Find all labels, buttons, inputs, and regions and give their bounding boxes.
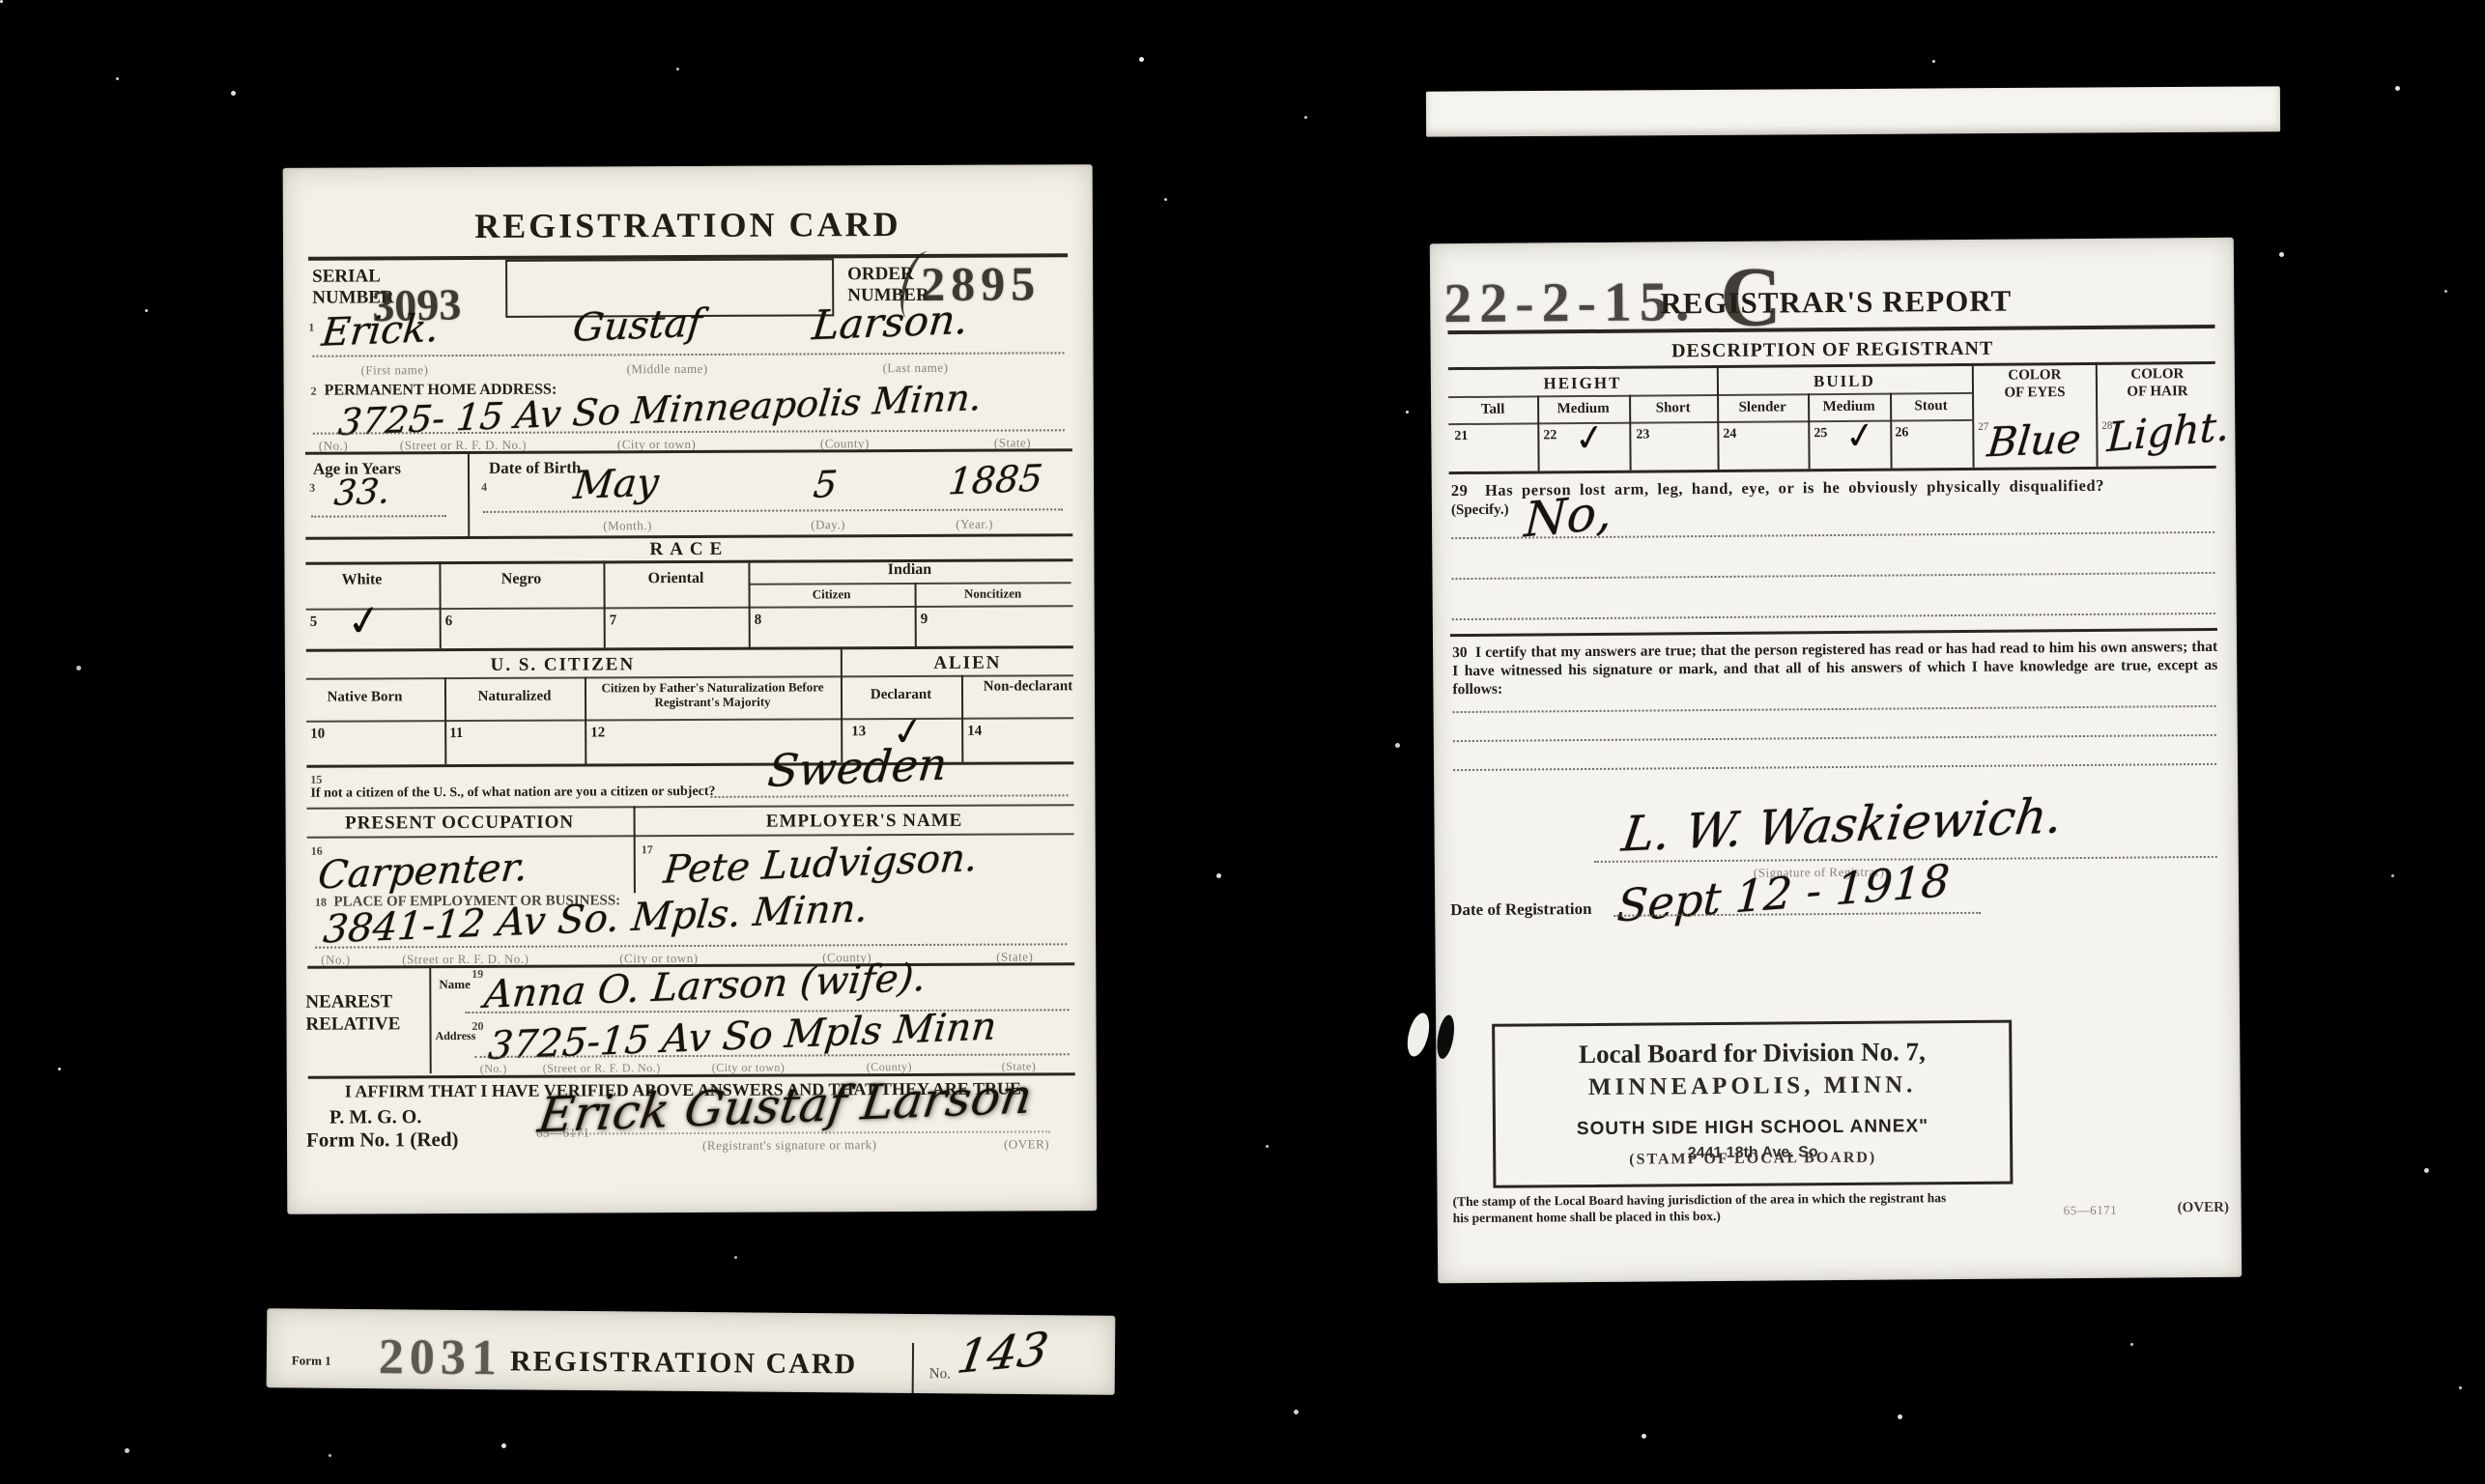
us-citizen-header: U. S. CITIZEN <box>285 653 841 677</box>
build-col-stout: Stout <box>1890 398 1972 415</box>
build-col-slender: Slender <box>1717 399 1808 416</box>
race-col-white: White <box>284 571 439 589</box>
race-white-checkmark: ✓ <box>343 594 386 648</box>
stamp-box-footnote: (The stamp of the Local Board having jur… <box>1453 1190 1960 1226</box>
desc-number-25: 25 <box>1814 426 1827 442</box>
middle-name-sublabel: (Middle name) <box>627 361 708 377</box>
alien-header: ALIEN <box>841 652 1095 674</box>
divider <box>306 717 1073 722</box>
local-board-line2: MINNEAPOLIS, MINN. <box>1496 1071 2010 1102</box>
race-number-6: 6 <box>445 614 453 630</box>
card-title: REGISTRATION CARD <box>283 203 1093 247</box>
registrar-signature: L. W. Waskiewich. <box>1618 787 2066 862</box>
hair-header: COLOR OF HAIR <box>2098 365 2217 401</box>
local-board-stamp-box: Local Board for Division No. 7, MINNEAPO… <box>1492 1020 2013 1188</box>
dob-sublabel-year: (Year.) <box>956 517 993 532</box>
citizen-number-13: 13 <box>851 724 866 740</box>
order-number-label: No. <box>929 1366 951 1383</box>
relative-sublabel-city: (City or town) <box>712 1061 785 1075</box>
dob-sublabel-month: (Month.) <box>603 518 652 533</box>
race-col-oriental: Oriental <box>603 570 748 588</box>
divider <box>1452 613 2215 620</box>
divider <box>1717 392 1972 396</box>
height-col-short: Short <box>1629 400 1717 417</box>
date-of-registration-label: Date of Registration <box>1450 899 1592 920</box>
divider <box>468 451 470 538</box>
height-col-tall: Tall <box>1448 401 1537 418</box>
divider <box>483 508 1063 513</box>
divider <box>634 806 636 893</box>
partial-registration-card: Form 1 2031 REGISTRATION CARD No. 143 <box>267 1308 1116 1395</box>
divider <box>1453 763 2216 771</box>
desc-number-21: 21 <box>1454 429 1468 444</box>
divider <box>306 605 1073 610</box>
divider <box>1448 419 1972 425</box>
divider <box>312 352 1064 357</box>
occupation-value: Carpenter. <box>316 845 529 898</box>
race-number-8: 8 <box>755 613 762 629</box>
form-code: 65—6171 <box>2064 1203 2118 1218</box>
board-number-stamp: 22-2-15. <box>1443 269 1698 335</box>
hair-color-value: Light. <box>2106 402 2231 461</box>
scan-blob <box>1404 1011 1434 1058</box>
divider <box>1453 705 2216 713</box>
field-number-17: 17 <box>642 842 653 857</box>
stamp-of-local-board-label: (STAMP OF LOCAL BOARD) <box>1496 1149 2010 1170</box>
nearest-relative-label: NEAREST RELATIVE <box>305 990 400 1035</box>
over-label: (OVER) <box>1004 1136 1049 1152</box>
dob-label: Date of Birth <box>489 458 581 477</box>
scanned-page: REGISTRATION CARD SERIAL NUMBER 3093 ORD… <box>0 0 2485 1484</box>
divider <box>915 583 917 646</box>
divider <box>961 675 963 762</box>
first-name-value: Erick. <box>320 306 442 356</box>
local-board-line3: SOUTH SIDE HIGH SCHOOL ANNEX" <box>1496 1116 2010 1141</box>
form-org: P. M. G. O. <box>329 1106 421 1128</box>
build-header: BUILD <box>1717 371 1972 392</box>
card-title: REGISTRAR'S REPORT <box>1660 284 2012 322</box>
eyes-header: COLOR OF EYES <box>1974 366 2096 402</box>
ink-blob <box>1435 1013 1457 1060</box>
employer-value: Pete Ludvigson. <box>662 836 980 893</box>
height-medium-checkmark: ✓ <box>1571 414 1608 461</box>
q30-certification: 30 I certify that my answers are true; t… <box>1452 638 2217 699</box>
build-medium-checkmark: ✓ <box>1842 413 1878 459</box>
divider <box>710 794 1068 798</box>
citizen-col-father: Citizen by Father's Naturalization Befor… <box>589 679 836 709</box>
dob-month-value: May <box>572 461 661 508</box>
middle-name-value: Gustaf <box>571 301 704 351</box>
dob-year-value: 1885 <box>947 457 1045 503</box>
divider <box>912 1343 914 1393</box>
divider <box>311 515 446 518</box>
divider <box>585 676 586 763</box>
race-col-indian: Indian <box>748 560 1071 579</box>
local-board-line1: Local Board for Division No. 7, <box>1495 1037 2009 1070</box>
desc-number-22: 22 <box>1543 428 1557 443</box>
divider <box>1448 394 1717 398</box>
field-number-1: 1 <box>308 321 314 335</box>
relative-sublabel-no: (No.) <box>480 1062 507 1076</box>
citizen-col-declarant: Declarant <box>841 687 961 704</box>
serial-number-stamp: 2031 <box>379 1328 503 1386</box>
last-name-sublabel: (Last name) <box>883 360 949 376</box>
divider <box>1452 572 2215 580</box>
divider <box>603 560 605 647</box>
registrant-signature-sublabel: (Registrant's signature or mark) <box>702 1137 877 1154</box>
q29-specify-label: (Specify.) <box>1451 502 1509 519</box>
divider <box>749 582 1071 585</box>
field-number-4: 4 <box>481 480 487 495</box>
field-number-19: 19 <box>471 967 483 982</box>
nation-question: If not a citizen of the U. S., of what n… <box>310 785 715 802</box>
scan-noise <box>0 0 3 3</box>
race-col-negro: Negro <box>439 570 603 588</box>
citizen-number-14: 14 <box>967 724 982 740</box>
eye-color-value: Blue <box>1985 414 2083 466</box>
form-name: Form No. 1 (Red) <box>306 1127 459 1153</box>
citizen-col-naturalized: Naturalized <box>444 688 585 705</box>
height-header: HEIGHT <box>1448 373 1717 394</box>
divider <box>306 645 1073 651</box>
divider <box>1449 466 2216 474</box>
citizen-col-nondeclarant: Non-declarant <box>961 678 1095 695</box>
first-name-sublabel: (First name) <box>361 362 429 378</box>
adjacent-card-edge-top <box>1426 86 2280 136</box>
nation-value: Sweden <box>765 738 950 797</box>
race-subcol-noncitizen: Noncitizen <box>915 585 1071 602</box>
divider <box>1453 734 2216 742</box>
height-col-medium: Medium <box>1537 401 1629 418</box>
relative-address-label: Address <box>436 1029 476 1043</box>
citizen-number-10: 10 <box>310 727 325 743</box>
employer-header: EMPLOYER'S NAME <box>634 810 1096 833</box>
divider <box>306 761 1073 767</box>
field-number-27: 27 <box>1978 421 1988 433</box>
dob-day-value: 5 <box>812 463 840 506</box>
desc-number-23: 23 <box>1636 428 1649 443</box>
race-number-9: 9 <box>921 612 928 628</box>
divider <box>439 561 441 648</box>
citizen-number-11: 11 <box>449 726 463 742</box>
registration-card: REGISTRATION CARD SERIAL NUMBER 3093 ORD… <box>283 164 1098 1214</box>
desc-number-26: 26 <box>1895 425 1908 441</box>
desc-number-24: 24 <box>1723 427 1736 442</box>
citizen-col-native-born: Native Born <box>285 689 444 706</box>
build-col-medium: Medium <box>1808 399 1890 416</box>
card-title: REGISTRATION CARD <box>510 1345 858 1381</box>
relative-name-label: Name <box>439 977 471 992</box>
age-value: 33. <box>332 471 392 513</box>
race-number-7: 7 <box>610 613 617 629</box>
over-label: (OVER) <box>2178 1200 2229 1216</box>
divider <box>748 560 750 647</box>
race-subcol-citizen: Citizen <box>749 586 915 603</box>
race-number-5: 5 <box>310 614 318 631</box>
description-subtitle: DESCRIPTION OF REGISTRANT <box>1431 336 2235 365</box>
last-name-value: Larson. <box>811 296 971 349</box>
dob-sublabel-day: (Day.) <box>811 517 845 532</box>
divider <box>444 677 446 764</box>
form-label: Form 1 <box>292 1353 331 1368</box>
field-number-20: 20 <box>471 1019 483 1034</box>
citizen-number-12: 12 <box>590 725 605 741</box>
divider <box>307 804 1074 809</box>
divider <box>1450 628 2217 637</box>
field-number-15: 15 <box>310 773 322 787</box>
occupation-header: PRESENT OCCUPATION <box>286 812 634 835</box>
order-number-value: 143 <box>954 1323 1052 1384</box>
divider <box>429 965 431 1073</box>
registrars-report-card: 22-2-15. C REGISTRAR'S REPORT DESCRIPTIO… <box>1430 238 2242 1284</box>
field-number-3: 3 <box>309 481 315 496</box>
